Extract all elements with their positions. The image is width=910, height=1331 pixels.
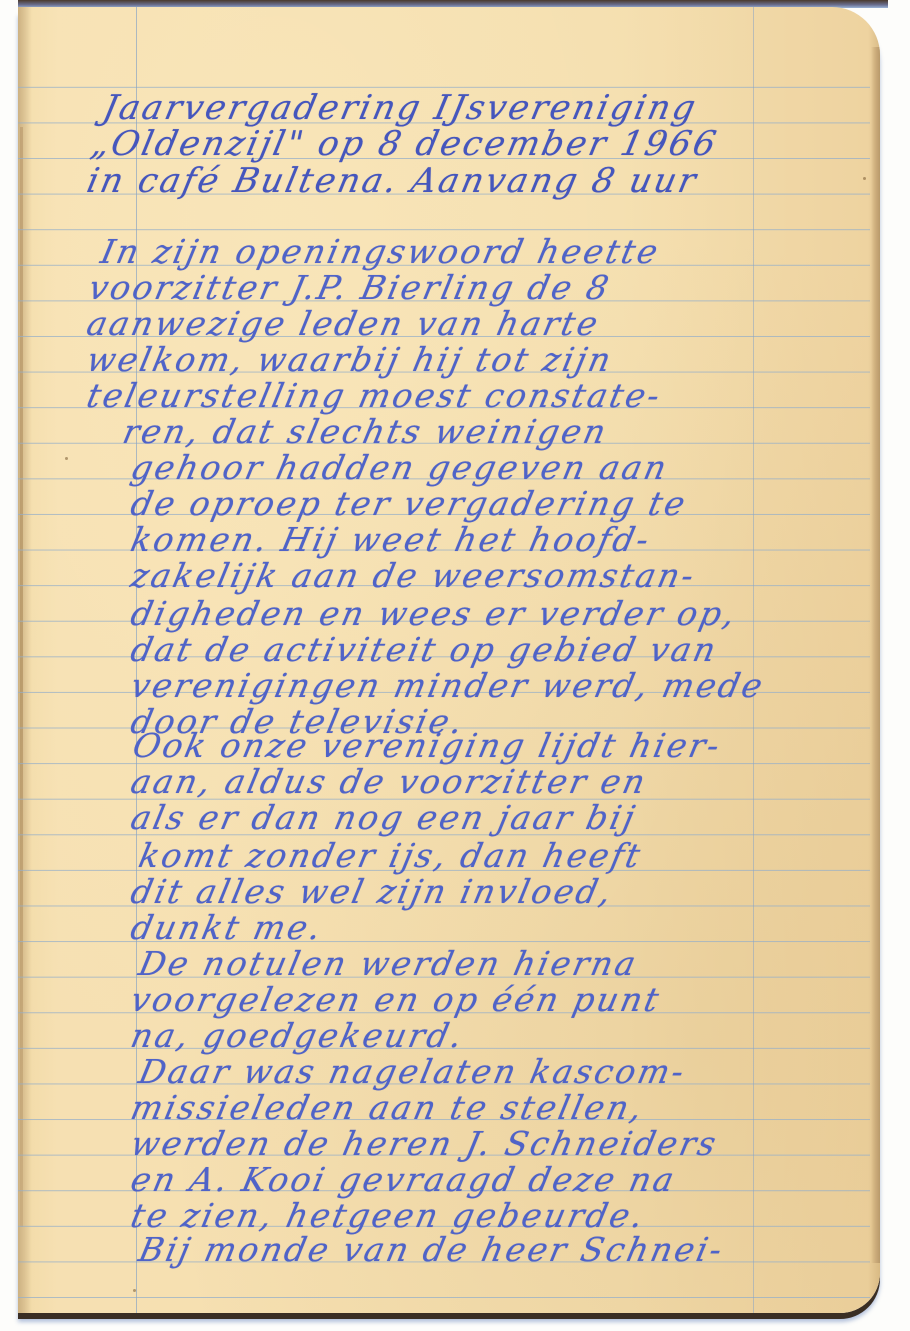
body-line: voorzitter J.P. Bierling de 8 — [86, 271, 614, 304]
heading-line: Jaarvergadering IJsvereniging — [100, 91, 701, 125]
heading-line: in café Bultena. Aanvang 8 uur — [84, 164, 701, 198]
body-line: ren, dat slechts weinigen — [120, 415, 611, 448]
handwritten-text: Jaarvergadering IJsvereniging „Oldenzijl… — [18, 7, 880, 1313]
body-line: komen. Hij weet het hoofd- — [128, 523, 654, 556]
body-line: komt zonder ijs, dan heeft — [136, 839, 645, 872]
notebook-page: Jaarvergadering IJsvereniging „Oldenzijl… — [18, 7, 880, 1313]
body-line: dat de activiteit op gebied van — [128, 633, 721, 666]
body-line: Daar was nagelaten kascom- — [136, 1055, 689, 1088]
body-line: aanwezige leden van harte — [84, 307, 603, 340]
body-line: aan, aldus de voorzitter en — [128, 765, 650, 798]
body-line: voorgelezen en op één punt — [128, 983, 664, 1016]
body-line: zakelijk aan de weersomstan- — [128, 559, 699, 592]
body-line: welkom, waarbij hij tot zijn — [84, 343, 616, 376]
body-line: Ook onze vereniging lijdt hier- — [130, 729, 725, 762]
body-line: gehoor hadden gegeven aan — [128, 451, 672, 484]
body-line: dunkt me. — [128, 911, 326, 944]
body-line: de oproep ter vergadering te — [128, 487, 690, 520]
body-line: na, goedgekeurd. — [128, 1019, 467, 1052]
body-line: In zijn openingswoord heette — [98, 235, 663, 268]
body-line: missieleden aan te stellen, — [128, 1091, 647, 1124]
body-line: De notulen werden hierna — [136, 947, 641, 980]
body-line: digheden en wees er verder op, — [128, 597, 740, 630]
body-line: verenigingen minder werd, mede — [128, 669, 768, 702]
body-line: en A. Kooi gevraagd deze na — [128, 1163, 679, 1196]
body-line: te zien, hetgeen gebeurde. — [128, 1199, 648, 1232]
body-line: dit alles wel zijn invloed, — [128, 875, 616, 908]
body-line: als er dan nog een jaar bij — [128, 801, 640, 834]
body-line: Bij monde van de heer Schnei- — [136, 1233, 727, 1266]
scanned-page-image: Jaarvergadering IJsvereniging „Oldenzijl… — [0, 0, 910, 1331]
body-line: teleurstelling moest constate- — [84, 379, 665, 412]
heading-line: „Oldenzijl" op 8 december 1966 — [88, 127, 721, 161]
body-line: werden de heren J. Schneiders — [128, 1127, 721, 1160]
